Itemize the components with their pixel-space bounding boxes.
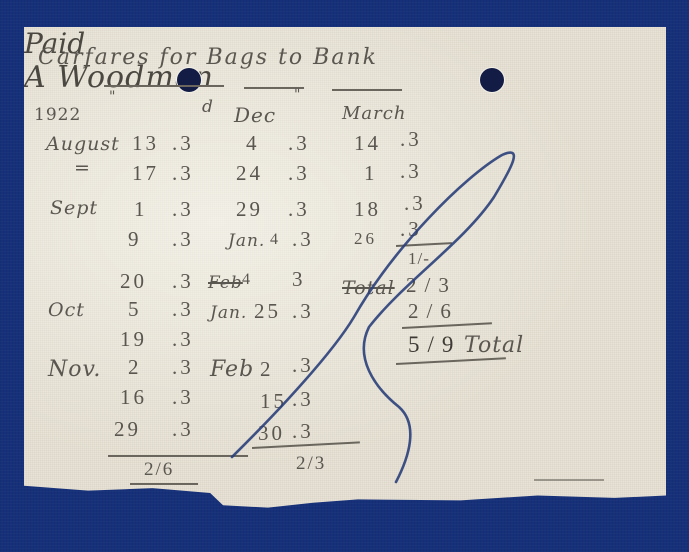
entry-pence: .3: [400, 127, 422, 152]
entry-day: 24: [236, 161, 263, 186]
ditto-mark: ": [109, 89, 116, 105]
entry-day: 1: [134, 197, 148, 222]
entry-pence: .3: [292, 387, 314, 412]
entry-month: Oct: [48, 299, 85, 321]
entry-month: =: [74, 157, 91, 179]
entry-month-struck: Feb: [208, 273, 243, 293]
grand-total: 5/9: [408, 332, 461, 358]
entry-pence: .3: [172, 161, 194, 186]
entry-month: Jan.: [228, 231, 265, 251]
entry-pence: .3: [172, 297, 194, 322]
summary-line: 2/6: [408, 299, 459, 324]
entry-day: 17: [132, 161, 159, 186]
document-title: Carfares for Bags to Bank: [38, 45, 378, 70]
entry-day: 14: [354, 131, 381, 156]
dec-heading: Dec: [234, 103, 276, 127]
entry-day: 4: [242, 271, 253, 289]
struck-total-label: Total: [342, 277, 395, 299]
entry-pence: .3: [172, 327, 194, 352]
document-paper: Carfares for Bags to Bank 1922 " d Dec "…: [24, 27, 666, 515]
entry-month: Jan.: [210, 303, 247, 323]
entry-day: 1: [364, 161, 378, 186]
entry-pence: .3: [400, 217, 422, 242]
column-total: 2/3: [296, 453, 326, 475]
entry-day: 4: [270, 231, 281, 249]
entry-pence: .3: [292, 353, 314, 378]
entry-month: Nov.: [48, 357, 101, 382]
entry-month: Feb: [210, 357, 254, 382]
entry-pence: .3: [404, 191, 426, 216]
ditto-mark: ": [294, 87, 301, 103]
march-heading: March: [342, 103, 406, 124]
signature-underline: [534, 479, 604, 481]
entry-day: 20: [120, 269, 147, 294]
entry-pence: .3: [292, 299, 314, 324]
total-rule: [108, 455, 248, 457]
punch-hole-right: [480, 68, 504, 92]
column-total: 2/6: [144, 459, 174, 481]
entry-pence: .3: [172, 385, 194, 410]
entry-day: 9: [128, 227, 142, 252]
entry-day: 13: [132, 131, 159, 156]
pence-unit-label: d: [202, 97, 214, 117]
title-underline: [332, 89, 402, 91]
entry-pence: .3: [288, 161, 310, 186]
entry-pence: 3: [292, 267, 306, 292]
title-underline: [104, 85, 224, 87]
total-rule: [396, 242, 452, 246]
grand-total-underline: [396, 357, 506, 364]
year-heading: 1922: [34, 105, 81, 125]
entry-pence: .3: [288, 197, 310, 222]
entry-day: 2: [128, 355, 142, 380]
entry-pence: .3: [172, 197, 194, 222]
entry-pence: .3: [172, 269, 194, 294]
entry-pence: .3: [400, 159, 422, 184]
entry-day: 4: [246, 131, 260, 156]
entry-pence: .3: [172, 131, 194, 156]
summary-line: 2/3: [406, 273, 457, 298]
entry-pence: .3: [292, 419, 314, 444]
entry-day: 29: [236, 197, 263, 222]
entry-day: 30: [258, 421, 285, 446]
entry-pence: .3: [172, 417, 194, 442]
entry-day: 26: [354, 229, 377, 249]
entry-day: 19: [120, 327, 147, 352]
entry-day: 25: [254, 299, 281, 324]
entry-day: 16: [120, 385, 147, 410]
entry-day: 2: [260, 357, 274, 382]
entry-day: 18: [354, 197, 381, 222]
punch-hole-left: [177, 68, 201, 92]
entry-month: August: [46, 133, 120, 155]
total-underline: [130, 483, 198, 485]
entry-pence: .3: [288, 131, 310, 156]
entry-pence: .3: [172, 227, 194, 252]
grand-total-label: Total: [464, 333, 524, 358]
column-total: 1/-: [408, 249, 430, 269]
entry-day: 29: [114, 417, 141, 442]
entry-pence: .3: [172, 355, 194, 380]
entry-day: 15: [260, 389, 287, 414]
entry-day: 5: [128, 297, 142, 322]
entry-pence: .3: [292, 227, 314, 252]
entry-month: Sept: [50, 197, 98, 219]
